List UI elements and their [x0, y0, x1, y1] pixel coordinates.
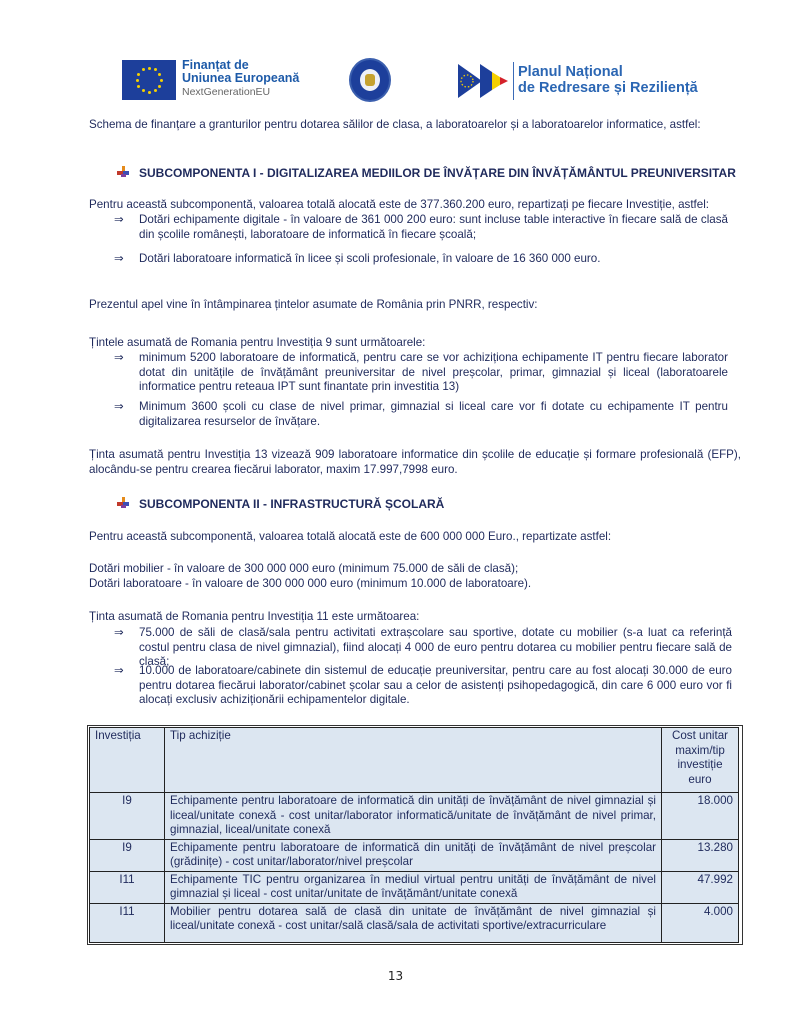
investment9-target-text: minimum 5200 laboratoare de informatică,… [139, 351, 728, 395]
header-logos: Finanțat de Uniunea Europeană NextGenera… [0, 56, 791, 106]
eu-star-icon [158, 85, 161, 88]
eu-star-icon [142, 68, 145, 71]
logo-divider [513, 62, 514, 100]
table-row: I9 Echipamente pentru laboratoare de inf… [90, 839, 739, 871]
eu-star-icon [158, 73, 161, 76]
arrow-icon: ⇒ [114, 213, 124, 228]
eu-star-icon [160, 79, 163, 82]
section1-heading-text: SUBCOMPONENTA I - DIGITALIZAREA MEDIILOR… [139, 166, 736, 180]
cell-investment: I11 [90, 871, 165, 903]
eu-star-icon [137, 85, 140, 88]
romanian-government-seal-icon [349, 58, 391, 102]
cost-table: Investiția Tip achiziție Cost unitar max… [89, 727, 739, 943]
cell-acquisition-type: Mobilier pentru dotarea sală de clasă di… [165, 903, 662, 942]
intro-paragraph: Schema de finanțare a granturilor pentru… [89, 118, 749, 133]
header-unit-cost: Cost unitar maxim/tip investiție euro [662, 728, 739, 793]
arrow-icon: ⇒ [114, 664, 124, 679]
section2-heading: SUBCOMPONENTA II - INFRASTRUCTURĂ ȘCOLAR… [117, 497, 444, 511]
section2-paragraph: Pentru această subcomponentă, valoarea t… [89, 530, 749, 545]
section1-paragraph: Pentru această subcomponentă, valoarea t… [89, 198, 749, 213]
section2-heading-text: SUBCOMPONENTA II - INFRASTRUCTURĂ ȘCOLAR… [139, 497, 444, 511]
cell-acquisition-type: Echipamente pentru laboratoare de inform… [165, 839, 662, 871]
eu-label-line2: Uniunea Europeană [182, 72, 299, 85]
table-header-row: Investiția Tip achiziție Cost unitar max… [90, 728, 739, 793]
investment11-target-text: 75.000 de săli de clasă/sala pentru acti… [139, 626, 732, 670]
eu-star-icon [142, 89, 145, 92]
section-bullet-icon [117, 497, 129, 509]
cell-investment: I9 [90, 839, 165, 871]
eu-star-icon [148, 67, 151, 70]
eu-flag-icon [122, 60, 176, 100]
investment9-targets-intro: Țintele asumată de Romania pentru Invest… [89, 336, 749, 351]
pnrr-label-line2: de Redresare și Reziliență [518, 80, 698, 96]
eu-star-icon [136, 79, 139, 82]
eu-star-icon [137, 73, 140, 76]
investment13-target: Ținta asumată pentru Investiția 13 vizea… [89, 448, 741, 477]
cell-investment: I11 [90, 903, 165, 942]
pnrr-label: Planul Național de Redresare și Rezilien… [518, 64, 698, 96]
cell-unit-cost: 47.992 [662, 871, 739, 903]
arrow-icon: ⇒ [114, 252, 124, 267]
eu-star-icon [148, 91, 151, 94]
section1-heading: SUBCOMPONENTA I - DIGITALIZAREA MEDIILOR… [117, 166, 736, 180]
pnrr-label-line1: Planul Național [518, 64, 698, 80]
laboratory-allocation: Dotări laboratoare - în valoare de 300 0… [89, 577, 749, 592]
header-investment: Investiția [90, 728, 165, 793]
cell-unit-cost: 13.280 [662, 839, 739, 871]
table-row: I9 Echipamente pentru laboratoare de inf… [90, 793, 739, 840]
investment11-targets-intro: Ținta asumată de Romania pentru Investiț… [89, 610, 749, 625]
cell-unit-cost: 4.000 [662, 903, 739, 942]
eu-star-icon [154, 89, 157, 92]
cell-investment: I9 [90, 793, 165, 840]
arrow-icon: ⇒ [114, 626, 124, 641]
header-acquisition-type: Tip achiziție [165, 728, 662, 793]
arrow-icon: ⇒ [114, 351, 124, 366]
furniture-allocation: Dotări mobilier - în valoare de 300 000 … [89, 562, 749, 577]
cell-unit-cost: 18.000 [662, 793, 739, 840]
table-row: I11 Echipamente TIC pentru organizarea î… [90, 871, 739, 903]
document-page: Finanțat de Uniunea Europeană NextGenera… [0, 0, 791, 1024]
investment9-target-text: Minimum 3600 școli cu clase de nivel pri… [139, 400, 728, 429]
section1-item-text: Dotări laboratoare informatică în licee … [139, 252, 728, 267]
eu-funding-label: Finanțat de Uniunea Europeană NextGenera… [182, 59, 299, 99]
investment11-target-text: 10.000 de laboratoare/cabinete din siste… [139, 664, 732, 708]
cell-acquisition-type: Echipamente TIC pentru organizarea în me… [165, 871, 662, 903]
page-number: 13 [0, 969, 791, 983]
eu-star-icon [154, 68, 157, 71]
section1-item-text: Dotări echipamente digitale - în valoare… [139, 213, 728, 242]
cell-acquisition-type: Echipamente pentru laboratoare de inform… [165, 793, 662, 840]
pnrr-paragraph: Prezentul apel vine în întâmpinarea țint… [89, 298, 749, 313]
arrow-icon: ⇒ [114, 400, 124, 415]
section-bullet-icon [117, 166, 129, 178]
table-row: I11 Mobilier pentru dotarea sală de clas… [90, 903, 739, 942]
eu-label-line3: NextGenerationEU [182, 86, 299, 99]
